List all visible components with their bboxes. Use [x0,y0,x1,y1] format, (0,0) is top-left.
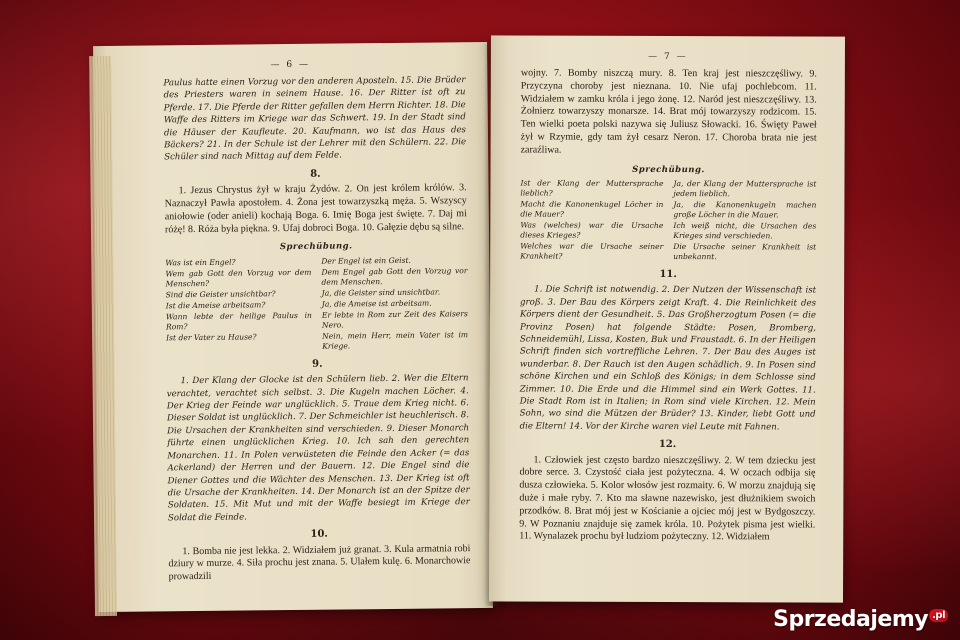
answers-column: Der Engel ist ein Geist. Dem Engel gab G… [321,255,468,353]
page-number-left: — 6 — [93,58,487,72]
answer: Dem Engel gab Gott den Vorzug vor dem Me… [321,266,467,288]
left-intro-paragraph: Paulus hatte einen Vorzug vor den andere… [163,74,466,164]
section-10-text: 1. Bomba nie jest lekka. 2. Widziałem ju… [168,543,470,585]
page-number-right: — 7 — [491,51,845,62]
answer: Er lebte in Rom zur Zeit des Kaisers Ner… [322,309,468,331]
question: Was (welches) war die Ursache dieses Kri… [520,220,663,240]
question: Sind die Geister unsichtbar? [166,289,312,301]
right-intro-paragraph: wojny. 7. Bomby niszczą mury. 8. Ten kra… [521,67,817,158]
answer: Ja, die Ameise ist arbeitsam. [322,298,468,310]
section-8-text: 1. Jezus Chrystus żył w kraju Żydów. 2. … [165,182,468,236]
section-10-heading: 10. [168,527,470,543]
section-12-text: 1. Człowiek jest często bardzo nieszczęś… [519,454,815,545]
questions-column: Was ist ein Engel? Wem gab Gott den Vorz… [165,257,312,355]
question: Wann lebte der heilige Paulus in Rom? [166,311,312,333]
questions-column: Ist der Klang der Muttersprache lieblich… [520,178,663,262]
sprechuebung-dialogue-right: Ist der Klang der Muttersprache lieblich… [520,178,816,263]
answer: Ja, die Kanonenkugeln machen große Löche… [673,200,816,220]
watermark-brand: Sprzedajemy [773,607,928,632]
section-12-heading: 12. [520,439,816,452]
question: Ist die Ameise arbeitsam? [166,300,312,312]
section-11-text: 1. Die Schrift ist notwendig. 2. Der Nut… [520,284,817,434]
section-11-heading: 11. [520,268,816,281]
question: Wem gab Gott den Vorzug vor dem Menschen… [165,268,311,290]
sprechuebung-heading-left: Sprechübung. [165,240,467,256]
sprechuebung-dialogue-left: Was ist ein Engel? Wem gab Gott den Vorz… [165,255,468,354]
section-9-text: 1. Der Klang der Glocke ist den Schülern… [167,372,471,524]
answer: Ja, die Geister sind unsichtbar. [322,287,468,299]
question: Macht die Kanonenkugel Löcher in die Mau… [520,199,663,219]
question: Ist der Vater zu Hause? [166,332,312,344]
sprechuebung-heading-right: Sprechübung. [521,163,817,176]
watermark-suffix: .pl [929,609,948,622]
section-9-heading: 9. [166,357,468,373]
answers-column: Ja, der Klang der Muttersprache ist jede… [673,179,816,263]
answer: Ich weiß nicht, die Ursachen des Krieges… [673,221,816,241]
answer: Nein, mein Herr, mein Vater ist im Krieg… [322,330,468,352]
answer: Ja, der Klang der Muttersprache ist jede… [673,179,816,199]
question: Was ist ein Engel? [165,257,311,269]
open-book: — 6 — Paulus hatte einen Vorzug vor den … [96,30,844,610]
section-8-heading: 8. [164,167,466,183]
answer: Der Engel ist ein Geist. [321,255,467,267]
answer: Die Ursache seiner Krankheit ist unbekan… [673,242,816,262]
left-page: — 6 — Paulus hatte einen Vorzug vor den … [93,42,493,612]
question: Welches war die Ursache seiner Krankheit… [520,241,663,261]
question: Ist der Klang der Muttersprache lieblich… [520,178,663,198]
right-page: — 7 — wojny. 7. Bomby niszczą mury. 8. T… [489,35,845,602]
sprzedajemy-watermark-logo: Sprzedajemy.pl [773,607,948,632]
